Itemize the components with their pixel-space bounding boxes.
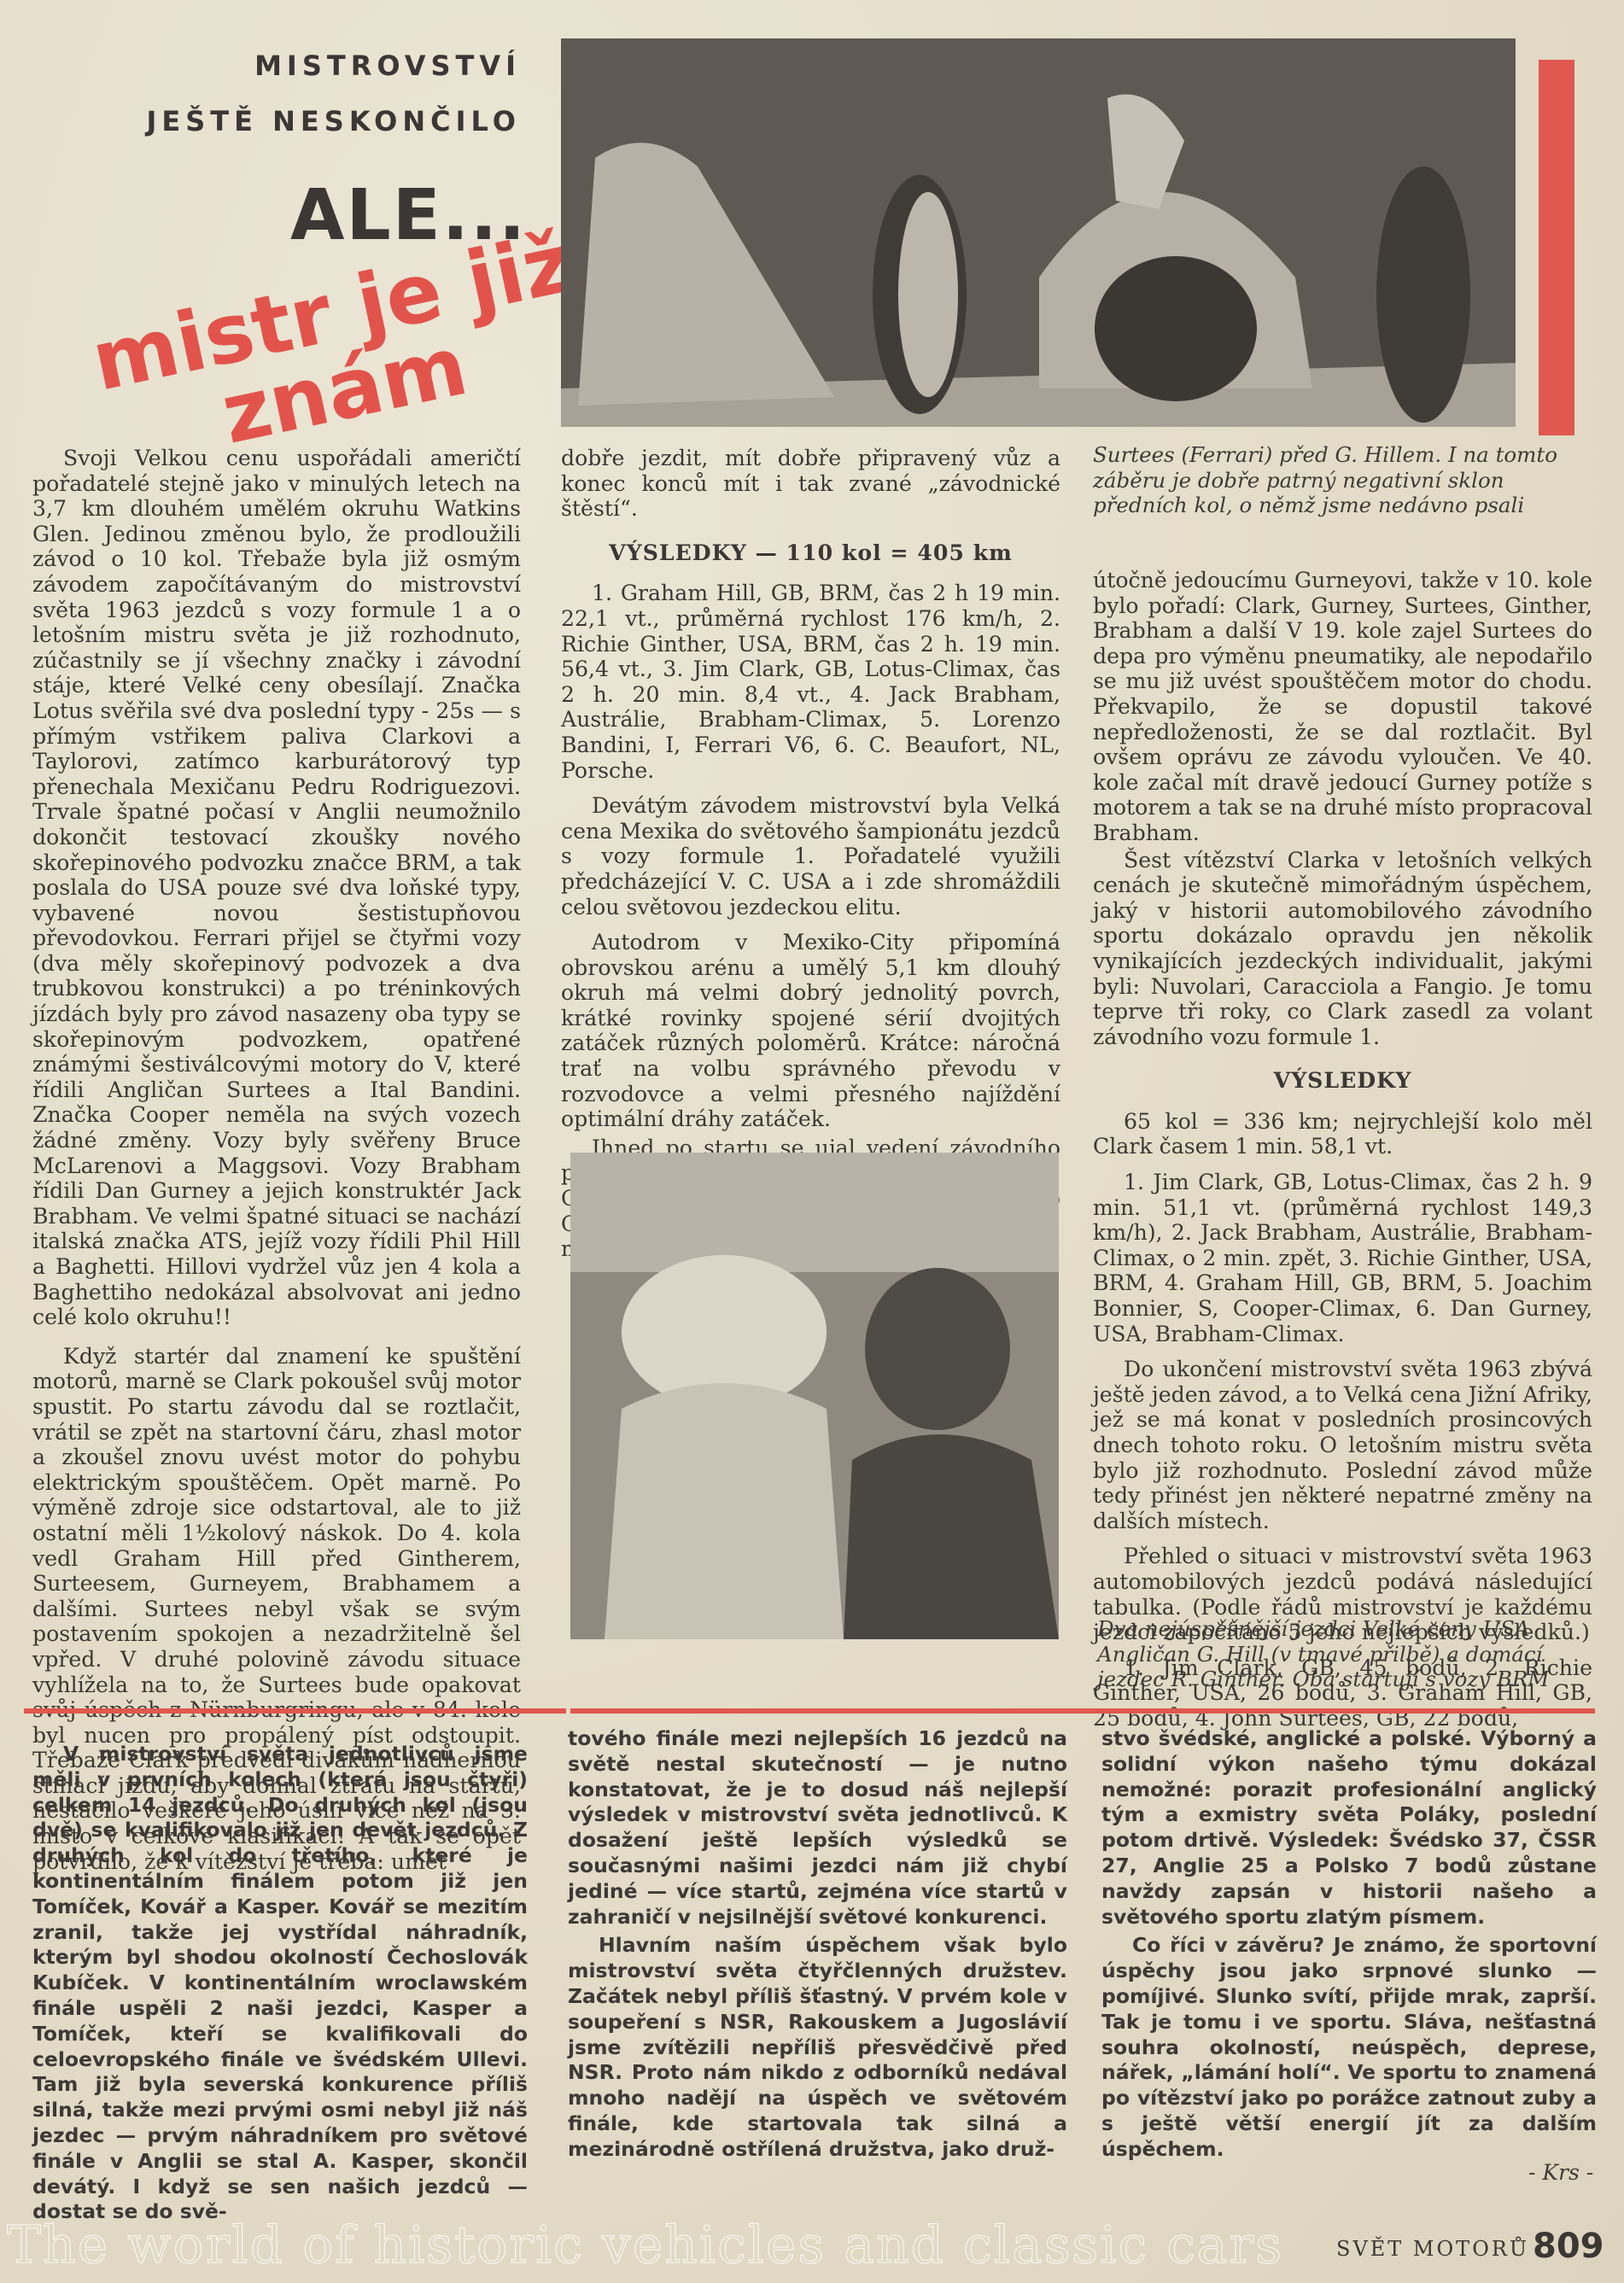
results-title-usa: VÝSLEDKY — 110 kol = 405 km (561, 540, 1060, 566)
col3-paragraph-0: útočně jedoucímu Gurneyovi, takže v 10. … (1093, 568, 1592, 846)
article-column-2: dobře jezdit, mít dobře připravený vůz a… (561, 446, 1060, 1262)
results-title-mexico: VÝSLEDKY (1093, 1068, 1592, 1094)
race-cars-illustration (561, 38, 1516, 427)
headline-line-1: MISTROVSTVÍ (213, 44, 521, 87)
decorative-red-bar (1539, 60, 1574, 435)
col3-paragraph-1: Šest vítězství Clarka v letošních velkýc… (1093, 848, 1592, 1050)
watermark-text: The world of historic vehicles and class… (7, 2216, 1283, 2275)
drivers-illustration (570, 1153, 1059, 1639)
col2-paragraph-0: dobře jezdit, mít dobře připravený vůz a… (561, 446, 1060, 522)
publication-name: SVĚT MOTORŮ (1336, 2237, 1529, 2261)
results-mexico-intro: 65 kol = 336 km; nejrychlejší kolo měl C… (1093, 1109, 1592, 1159)
section-divider-right (570, 1708, 1595, 1714)
author-signature: - Krs - (1528, 2160, 1593, 2186)
bottom-column-2: tového finále mezi nejlepších 16 jezdců … (568, 1726, 1067, 2163)
bottom-col3-paragraph-2: Co říci v závěru? Je známo, že sportovní… (1101, 1933, 1597, 2162)
col2-paragraph-2: Autodrom v Mexiko-City připomíná obrovsk… (561, 930, 1060, 1132)
bottom-col3-paragraph-1: stvo švédské, anglické a polské. Výborný… (1101, 1726, 1597, 1930)
col1-paragraph-1: Svoji Velkou cenu uspořádali američtí po… (32, 446, 521, 1330)
page-number: 809 (1533, 2227, 1604, 2266)
results-mexico: 1. Jim Clark, GB, Lotus-Climax, čas 2 h.… (1093, 1170, 1592, 1346)
section-divider-left (24, 1708, 566, 1714)
top-photo-caption: Surtees (Ferrari) před G. Hillem. I na t… (1093, 442, 1592, 518)
drivers-photo (570, 1153, 1059, 1639)
race-cars-photo (561, 38, 1516, 427)
bottom-column-3: stvo švédské, anglické a polské. Výborný… (1101, 1726, 1597, 2163)
bottom-col1-text: V mistrovství světa jednotlivců jsme měl… (32, 1742, 528, 2225)
results-usa: 1. Graham Hill, GB, BRM, čas 2 h 19 min.… (561, 581, 1060, 783)
article-column-3: útočně jedoucímu Gurneyovi, takže v 10. … (1093, 568, 1592, 1731)
col2-paragraph-1: Devátým závodem mistrovství byla Velká c… (561, 793, 1060, 920)
bottom-col2-paragraph-1: tového finále mezi nejlepších 16 jezdců … (568, 1726, 1067, 1930)
col3-paragraph-2: Do ukončení mistrovství světa 1963 zbývá… (1093, 1357, 1592, 1533)
bottom-column-1: V mistrovství světa jednotlivců jsme měl… (32, 1742, 528, 2225)
headline-line-2: JEŠTĚ NESKONČILO (128, 100, 521, 143)
bottom-col2-paragraph-2: Hlavním naším úspěchem však bylo mistrov… (568, 1933, 1067, 2162)
drivers-photo-caption: Dva nejúspěšnější jezdci Velké ceny USA … (1097, 1616, 1592, 1692)
article-column-1: Svoji Velkou cenu uspořádali američtí po… (32, 446, 521, 1874)
